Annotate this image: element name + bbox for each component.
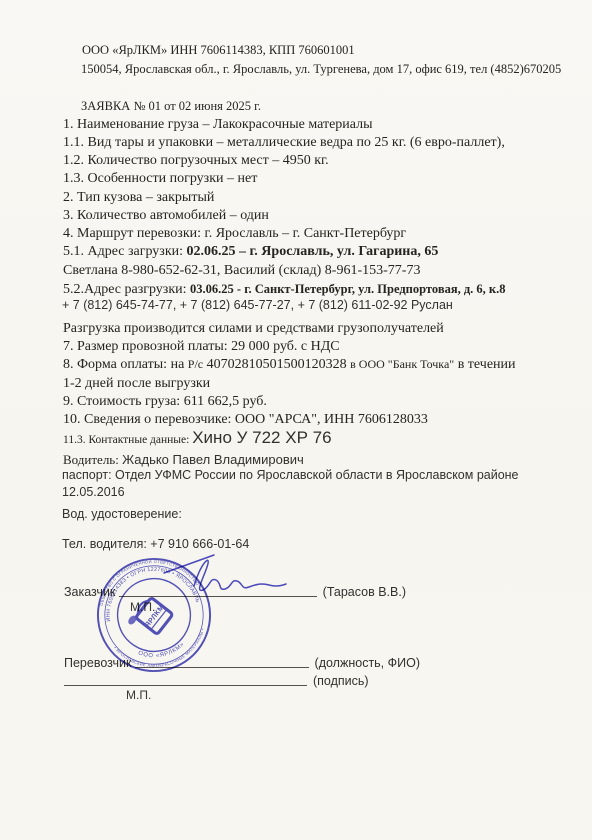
unloading-contacts-line: + 7 (812) 645-74-77, + 7 (812) 645-77-27… [62,298,453,314]
contact-data-line: 11.3. Контактные данные: Хино У 722 ХР 7… [63,427,332,449]
passport-line: паспорт: Отдел УФМС России по Ярославско… [62,468,519,484]
unloading-address-value: 03.06.25 - г. Санкт-Петербург, ул. Предп… [190,282,505,296]
loading-address-label: 5.1. Адрес загрузки: [63,244,187,259]
round-seal-icon: ОБЩЕСТВО С ОГРАНИЧЕННОЙ ОТВЕТСТВЕННОСТЬЮ… [84,545,224,685]
payment-account-label: Р/с [188,357,203,371]
driver-name: Жадько Павел Владимирович [122,452,304,467]
carrier-info-line: 10. Сведения о перевозчике: ООО "АРСА", … [63,411,428,429]
payment-form-tail: в течении [454,357,515,372]
company-header-line1: ООО «ЯрЛКМ» ИНН 7606114383, КПП 76060100… [82,43,355,59]
carrier-hint: (должность, ФИО) [315,656,420,670]
unloading-note-line: Разгрузка производится силами и средства… [63,320,444,338]
contact-data-label: 11.3. Контактные данные: [63,434,192,446]
cargo-value-line: 9. Стоимость груза: 611 662,5 руб. [63,393,267,411]
payment-form-line: 8. Форма оплаты: на Р/с 4070281050150012… [63,356,516,374]
passport-date-line: 12.05.2016 [62,485,125,501]
freight-payment-line: 7. Размер провозной платы: 29 000 руб. с… [63,338,340,356]
customer-name: (Тарасов В.В.) [323,585,406,599]
loading-features-line: 1.3. Особенности погрузки – нет [63,170,257,188]
payment-form-label: 8. Форма оплаты: на [63,357,188,372]
carrier-sign-line [64,672,307,686]
payment-account-number: 40702810501500120328 [203,357,350,372]
loading-address-value: 02.06.25 – г. Ярославль, ул. Гагарина, 6… [187,244,439,259]
driver-license-line: Вод. удостоверение: [62,507,182,523]
vehicle-count-line: 3. Количество автомобилей – один [63,207,269,225]
driver-line: Водитель: Жадько Павел Владимирович [63,450,304,470]
cargo-name-line: 1. Наименование груза – Лакокрасочные ма… [63,116,373,134]
unloading-address-line: 5.2.Адрес разгрузки: 03.06.25 - г. Санкт… [63,281,506,299]
company-header-line2: 150054, Ярославская обл., г. Ярославль, … [81,62,561,78]
scanned-document-page: ООО «ЯрЛКМ» ИНН 7606114383, КПП 76060100… [0,0,592,840]
payment-bank-name: в ООО "Банк Точка" [350,357,454,371]
unloading-address-label: 5.2.Адрес разгрузки: [63,282,190,297]
packaging-line: 1.1. Вид тары и упаковки – металлические… [63,134,505,152]
company-stamp: ОБЩЕСТВО С ОГРАНИЧЕННОЙ ОТВЕТСТВЕННОСТЬЮ… [84,545,224,685]
route-line: 4. Маршрут перевозки: г. Ярославль – г. … [63,225,406,243]
cargo-places-line: 1.2. Количество погрузочных мест – 4950 … [63,152,329,170]
paint-bucket-logo-icon: ЯРЛКМ [127,594,174,641]
loading-address-line: 5.1. Адрес загрузки: 02.06.25 – г. Яросл… [63,243,438,261]
driver-label: Водитель: [63,452,122,467]
payment-form-continuation: 1-2 дней после выгрузки [63,375,210,393]
body-type-line: 2. Тип кузова – закрытый [63,189,214,207]
signature-hint: (подпись) [313,674,369,688]
document-title: ЗАЯВКА № 01 от 02 июня 2025 г. [81,99,261,115]
stamp-place-mark-2: М.П. [126,688,151,702]
vehicle-plate-value: Хино У 722 ХР 76 [192,428,331,447]
loading-contacts-line: Светлана 8-980-652-62-31, Василий (склад… [63,262,420,280]
